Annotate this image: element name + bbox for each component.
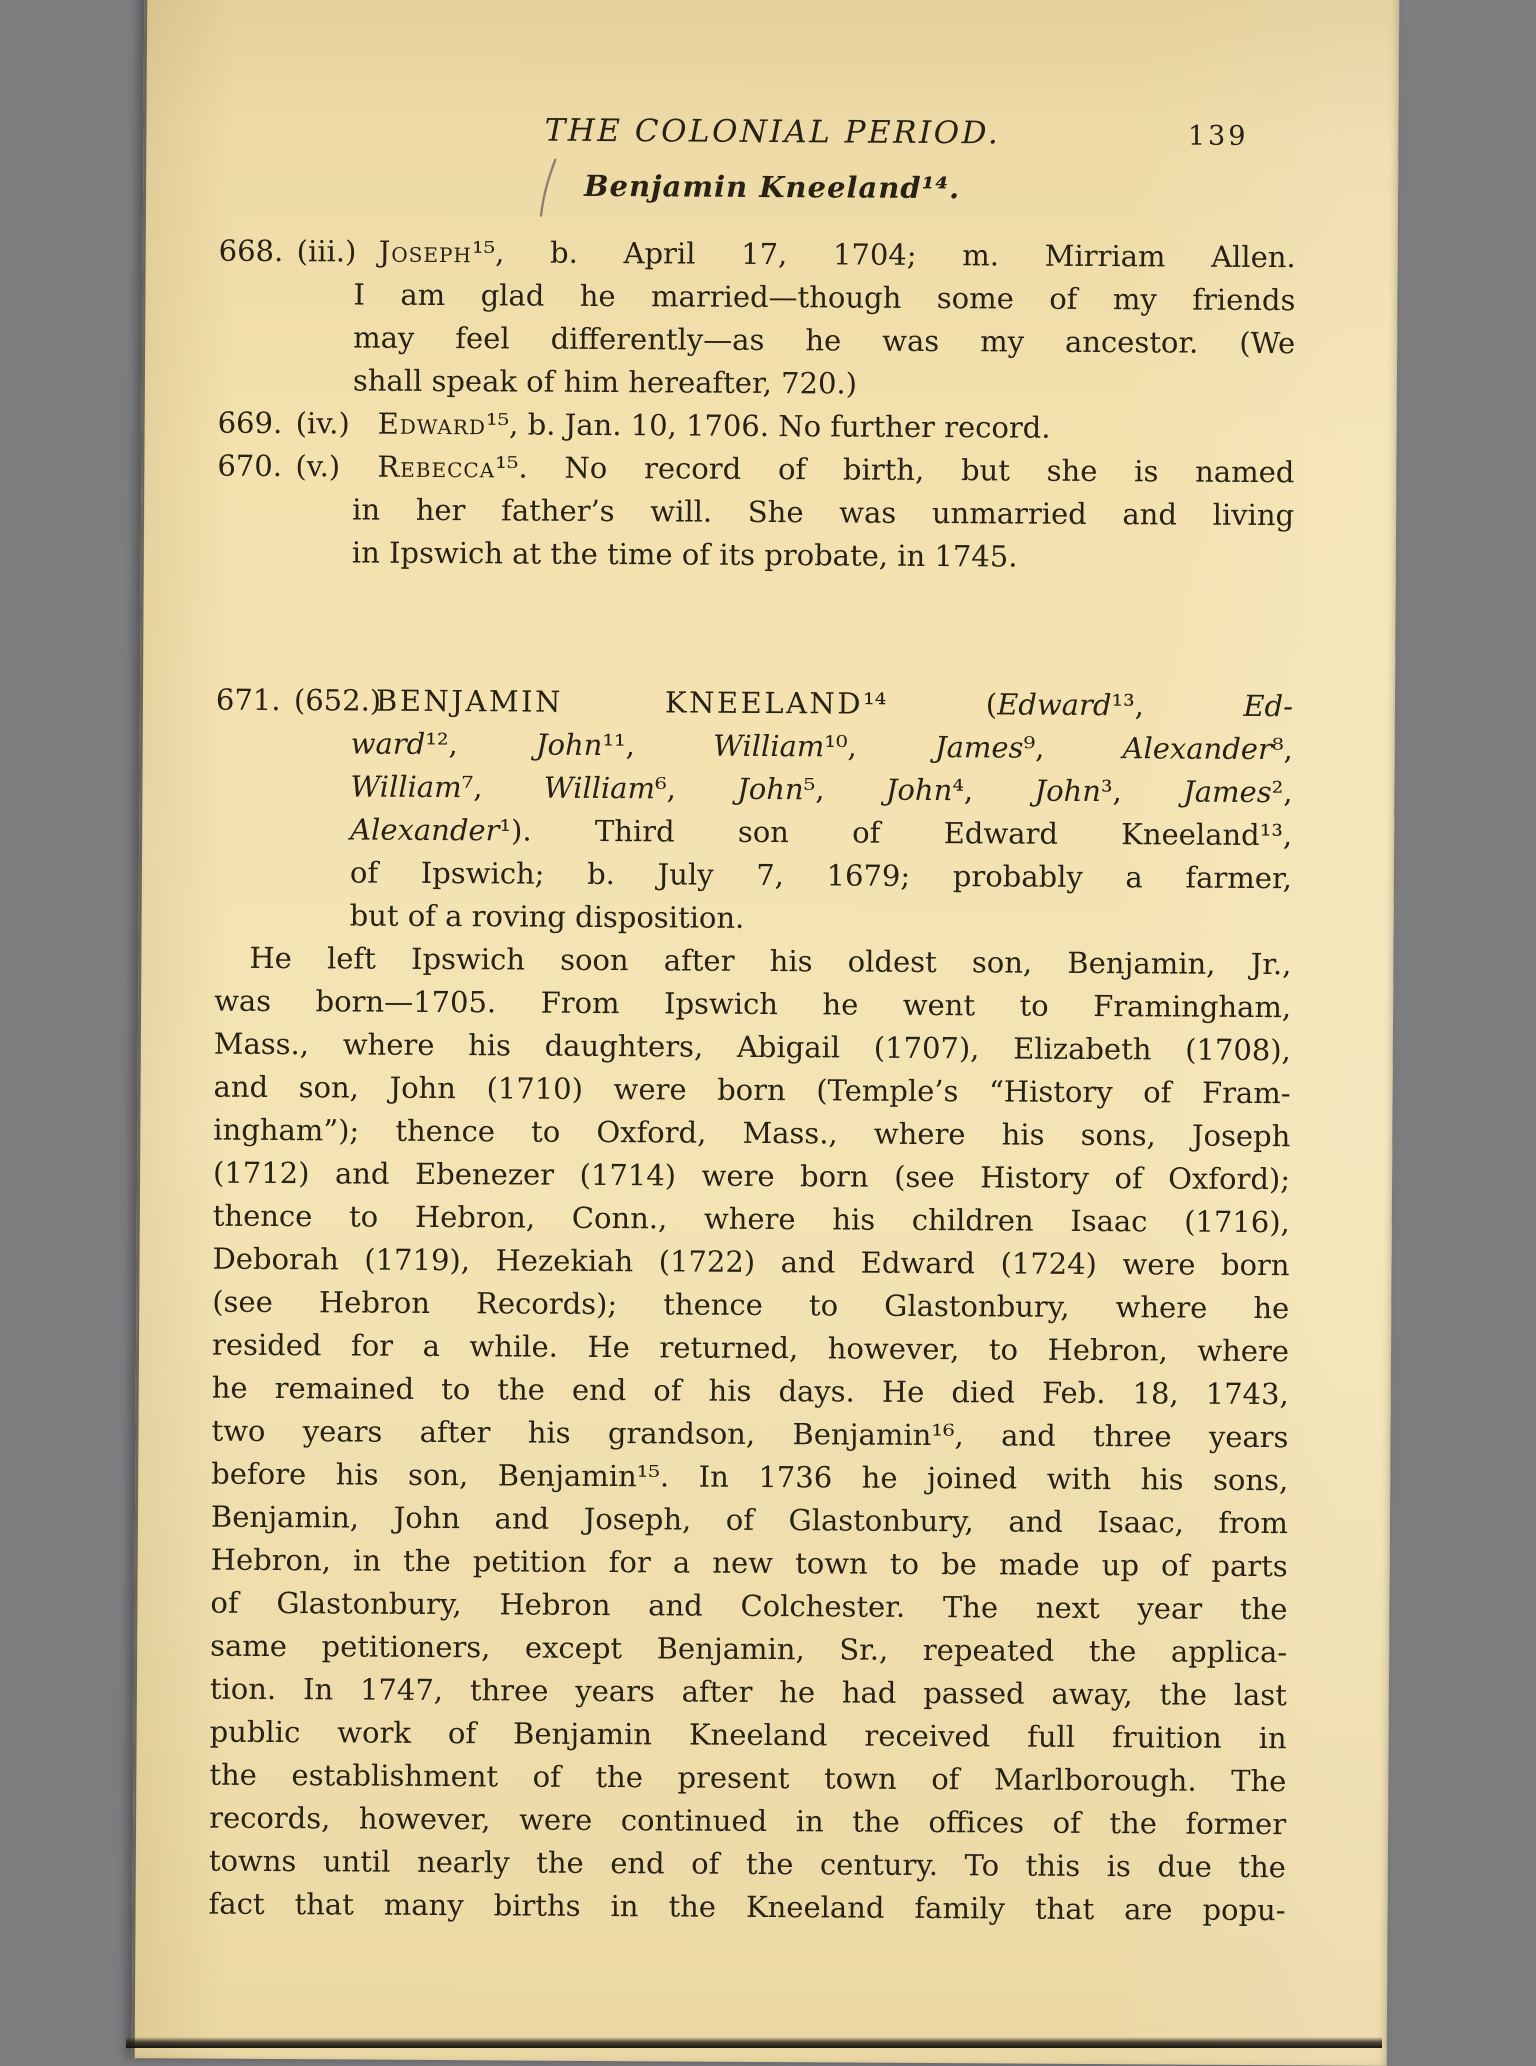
text-segment: the establishment of the present town of… [209, 1758, 1286, 1799]
text-segment: ¹⁵, b. Jan. 10, 1706. No further record. [486, 407, 1051, 444]
paragraph-line: was born—1705. From Ipswich he went to F… [214, 980, 1291, 1030]
text-segment: resided for a while. He returned, howeve… [212, 1328, 1289, 1369]
entry-line: Alexander¹). Third son of Edward Kneelan… [215, 808, 1292, 858]
text-segment: was born—1705. From Ipswich he went to F… [214, 984, 1291, 1025]
text-segment: (1712) and Ebenezer (1714) were born (se… [213, 1156, 1290, 1197]
text-segment: shall speak of him hereafter, 720.) [353, 363, 857, 400]
paragraph-line: Benjamin, John and Joseph, of Glastonbur… [211, 1496, 1288, 1546]
text-segment: ¹). Third son of Edward Kneeland¹³, [499, 813, 1292, 852]
paragraph-line: (see Hebron Records); thence to Glastonb… [212, 1281, 1289, 1331]
paragraph-line: fact that many births in the Kneeland fa… [208, 1883, 1285, 1933]
text-segment: Rebecca [377, 450, 495, 485]
entry-line: 668.(iii.)Joseph¹⁵, b. April 17, 1704; m… [219, 230, 1296, 280]
text-segment: ¹², [425, 727, 536, 762]
text-segment: ¹⁵. No record of birth, but she is named [495, 450, 1294, 489]
entry-line: of Ipswich; b. July 7, 1679; probably a … [215, 851, 1292, 901]
paragraph-line: tion. In 1747, three years after he had … [210, 1668, 1287, 1718]
text-segment: Alexander [350, 812, 500, 847]
paragraph-line: ingham”); thence to Oxford, Mass., where… [213, 1109, 1290, 1159]
text-segment: Deborah (1719), Hezekiah (1722) and Edwa… [212, 1242, 1289, 1283]
text-segment: of Glastonbury, Hebron and Colchester. T… [210, 1586, 1287, 1627]
entry-line: 671.(652.)BENJAMIN KNEELAND¹⁴ (Edward¹³,… [216, 679, 1293, 729]
text-segment: John [1034, 774, 1101, 808]
page-bottom-scan-edge [126, 2037, 1382, 2048]
section-subtitle: Benjamin Kneeland¹⁴. [146, 166, 1398, 208]
paragraph-line: thence to Hebron, Conn., where his child… [213, 1195, 1290, 1245]
text-segment: Edward [997, 687, 1111, 722]
text-segment: may feel differently—as he was my ancest… [353, 320, 1295, 360]
entry-line: 670.(v.)Rebecca¹⁵. No record of birth, b… [217, 445, 1294, 495]
scanner-background: { "theme": { "surround": "#7d7d80", "pap… [0, 0, 1536, 2048]
text-segment: Joseph [379, 235, 472, 270]
paragraph-line: he remained to the end of his days. He d… [212, 1367, 1289, 1417]
paragraph-line: Hebron, in the petition for a new town t… [211, 1539, 1288, 1589]
text-segment: ¹⁵, b. April 17, 1704; m. Mirriam Allen. [472, 235, 1296, 274]
text-segment: ¹³, [1111, 688, 1243, 723]
text-segment: fact that many births in the Kneeland fa… [209, 1887, 1286, 1928]
text-segment: ⁷, [462, 770, 544, 805]
entry-line: ward¹², John¹¹, William¹⁰, James⁹, Alexa… [216, 722, 1293, 772]
text-segment: in her father’s will. She was unmarried … [352, 492, 1294, 532]
entry-generation: (iii.) [297, 230, 357, 273]
text-segment: towns until nearly the end of the centur… [209, 1844, 1286, 1885]
pen-stroke-mark [538, 157, 560, 221]
text-segment: James [1183, 775, 1272, 810]
text-segment: two years after his grandson, Benjamin¹⁶… [211, 1414, 1288, 1455]
text-segment: John [737, 772, 804, 806]
text-segment: tion. In 1747, three years after he had … [210, 1672, 1287, 1713]
paragraph-line: Mass., where his daughters, Abigail (170… [214, 1023, 1291, 1073]
text-segment: Benjamin, John and Joseph, of Glastonbur… [211, 1500, 1288, 1541]
paragraph-line: before his son, Benjamin¹⁵. In 1736 he j… [211, 1453, 1288, 1503]
entry-number: 668. [219, 230, 284, 273]
text-segment: BENJAMIN KNEELAND [376, 684, 863, 721]
paragraph-line: resided for a while. He returned, howeve… [212, 1324, 1289, 1374]
text-segment: Hebron, in the petition for a new town t… [211, 1543, 1288, 1584]
entry-line: may feel differently—as he was my ancest… [218, 316, 1295, 366]
text-segment: Alexander [1122, 731, 1272, 766]
text-segment: Mass., where his daughters, Abigail (170… [214, 1027, 1291, 1068]
entry-line: in her father’s will. She was unmarried … [217, 488, 1294, 538]
text-segment: ³, [1101, 774, 1183, 809]
text-segment: ward [351, 726, 426, 760]
text-segment: ⁴, [952, 773, 1034, 808]
text-segment: ¹¹, [602, 728, 713, 763]
paragraph-line: two years after his grandson, Benjamin¹⁶… [211, 1410, 1288, 1460]
text-segment: Edward [378, 407, 487, 442]
paragraph-line: (1712) and Ebenezer (1714) were born (se… [213, 1152, 1290, 1202]
text-segment: ⁶, [655, 771, 737, 806]
text-segment: Ed- [1243, 689, 1293, 723]
paragraph-line: the establishment of the present town of… [209, 1754, 1286, 1804]
book-page: THE COLONIAL PERIOD. 139 Benjamin Kneela… [132, 0, 1400, 2048]
text-segment: John [886, 773, 953, 807]
text-segment: I am glad he married—though some of my f… [353, 277, 1295, 317]
entry-line: 669.(iv.)Edward¹⁵, b. Jan. 10, 1706. No … [218, 402, 1295, 452]
text-segment: same petitioners, except Benjamin, Sr., … [210, 1629, 1287, 1670]
text-segment: he remained to the end of his days. He d… [212, 1371, 1289, 1412]
paragraph-line: same petitioners, except Benjamin, Sr., … [210, 1625, 1287, 1675]
entry-generation: (iv.) [296, 402, 350, 445]
text-segment: ², [1272, 775, 1293, 809]
paragraph-line: public work of Benjamin Kneeland receive… [210, 1711, 1287, 1761]
text-segment: William [350, 769, 461, 804]
text-segment: in Ipswich at the time of its probate, i… [352, 535, 1018, 573]
text-segment: (see Hebron Records); thence to Glastonb… [212, 1285, 1289, 1326]
paragraph-line: of Glastonbury, Hebron and Colchester. T… [210, 1582, 1287, 1632]
entry-line: I am glad he married—though some of my f… [218, 273, 1295, 323]
text-segment: before his son, Benjamin¹⁵. In 1736 he j… [211, 1457, 1288, 1498]
text-segment: William [544, 771, 655, 806]
page-number: 139 [1188, 121, 1249, 152]
text-segment: William [713, 729, 824, 764]
entry-line: William⁷, William⁶, John⁵, John⁴, John³,… [215, 765, 1292, 815]
paragraph-line: and son, John (1710) were born (Temple’s… [213, 1066, 1290, 1116]
text-segment: ¹⁴ ( [863, 687, 997, 722]
text-segment: He left Ipswich soon after his oldest so… [249, 941, 1291, 981]
text-segment: of Ipswich; b. July 7, 1679; probably a … [350, 855, 1292, 895]
text-segment: ⁹, [1023, 731, 1122, 766]
entry-line: but of a roving disposition. [215, 894, 1292, 944]
text-segment: John [536, 728, 603, 762]
text-segment: James [935, 730, 1024, 765]
text-segment: public work of Benjamin Kneeland receive… [210, 1715, 1287, 1756]
entry-generation: (652.) [294, 679, 381, 723]
text-segment: but of a roving disposition. [350, 898, 745, 934]
entry-number: 670. [217, 445, 282, 488]
text-segment: thence to Hebron, Conn., where his child… [213, 1199, 1290, 1240]
entry-generation: (v.) [295, 445, 340, 488]
paragraph-line: records, however, were continued in the … [209, 1797, 1286, 1847]
text-segment: ⁸, [1272, 732, 1293, 766]
entry-number: 669. [218, 402, 283, 445]
paragraph-line: Deborah (1719), Hezekiah (1722) and Edwa… [212, 1238, 1289, 1288]
text-segment: ingham”); thence to Oxford, Mass., where… [213, 1113, 1290, 1154]
text-segment: ⁵, [804, 772, 886, 807]
entry-line: shall speak of him hereafter, 720.) [218, 359, 1295, 409]
paragraph-line: towns until nearly the end of the centur… [209, 1840, 1286, 1890]
page-body: 668.(iii.)Joseph¹⁵, b. April 17, 1704; m… [208, 230, 1295, 1933]
paragraph-line: He left Ipswich soon after his oldest so… [214, 937, 1291, 987]
entry-line: in Ipswich at the time of its probate, i… [217, 531, 1294, 581]
text-segment: ¹⁰, [824, 729, 935, 764]
text-segment: and son, John (1710) were born (Temple’s… [214, 1070, 1291, 1111]
section-gap [216, 574, 1294, 686]
text-segment: records, however, were continued in the … [209, 1801, 1286, 1842]
entry-number: 671. [216, 679, 281, 722]
